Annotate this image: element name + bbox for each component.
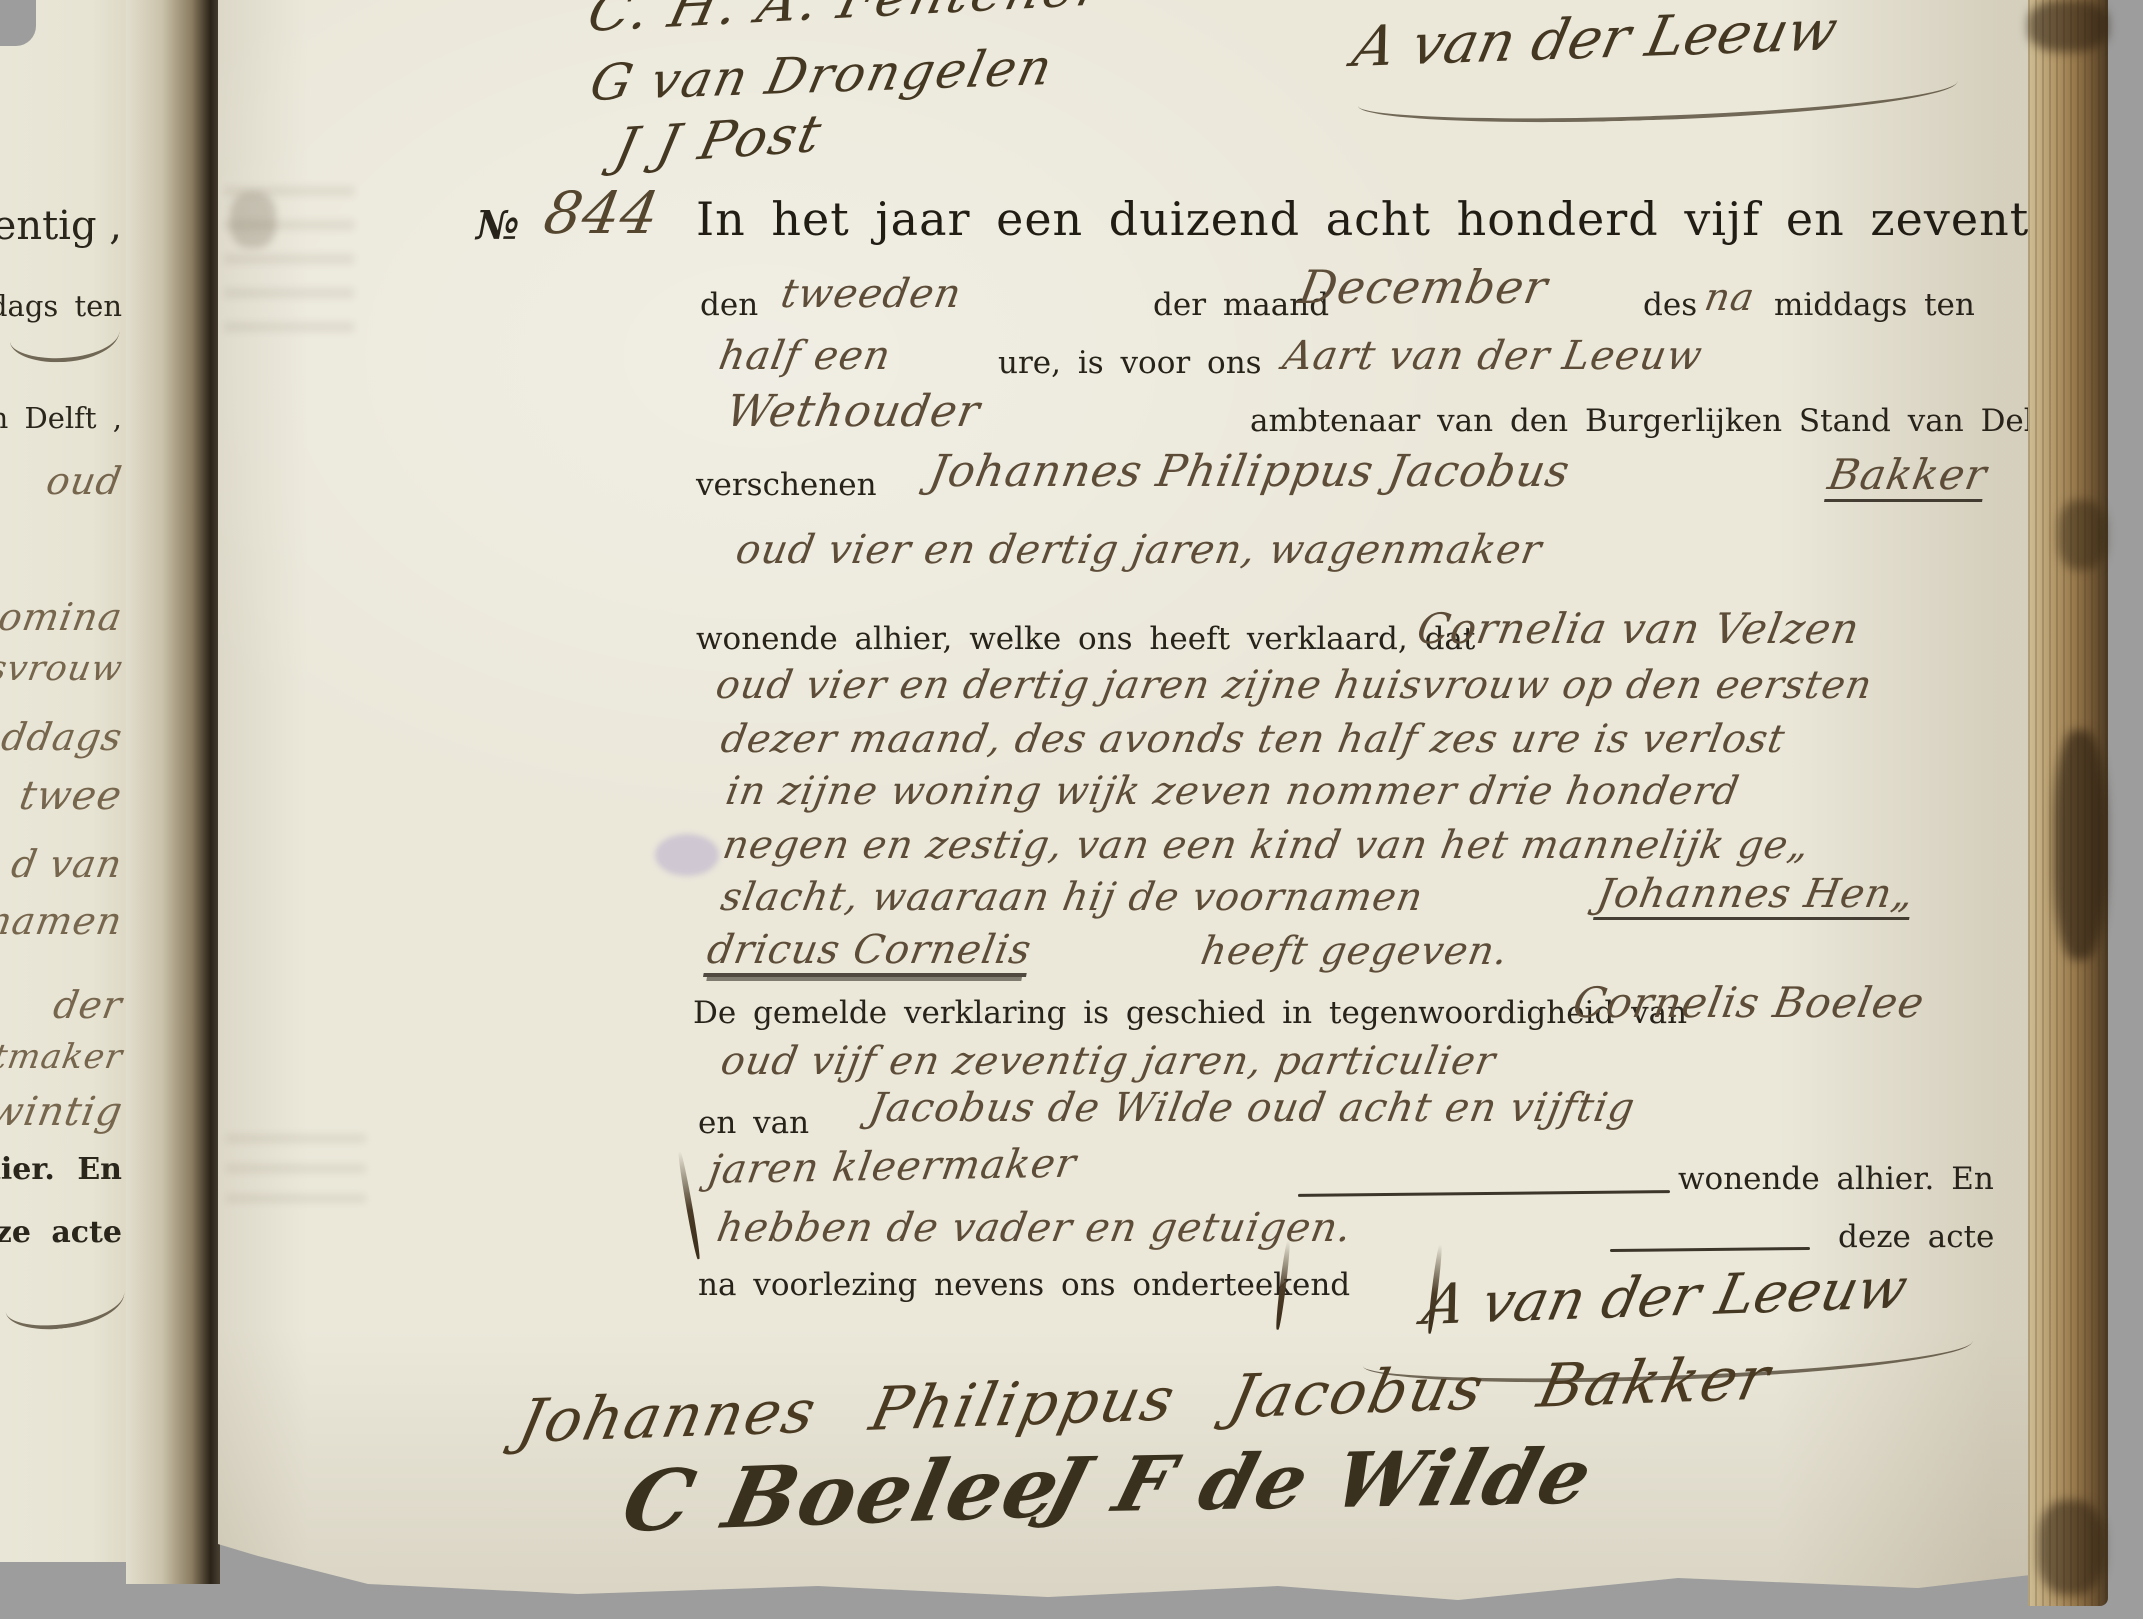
left-fragment: ddags — [0, 718, 125, 756]
ink-showthrough — [226, 1134, 366, 1220]
edge-stain — [2038, 1500, 2104, 1595]
left-fragment: twee — [17, 776, 126, 816]
handwritten-day: tweeden — [778, 274, 965, 314]
book-binding-gutter — [126, 0, 220, 1584]
printed-wonende-alhier-en: wonende alhier. En — [1678, 1164, 1994, 1195]
handwritten-body-5: slacht, waaraan hij de voornamen — [718, 878, 1426, 917]
left-fragment: an Delft , — [0, 404, 122, 433]
signature-official-bottom: A van der Leeuw — [1418, 1261, 1912, 1334]
pen-stroke — [676, 1150, 701, 1259]
printed-na-voorlezing: na voorlezing nevens ons onderteekend — [698, 1270, 1350, 1301]
handwritten-body-1: oud vier en dertig jaren zijne huisvrouw… — [713, 666, 1875, 705]
filler-rule — [1610, 1247, 1810, 1252]
signature-witness2: J F de Wilde — [1040, 1439, 1601, 1524]
scanned-birth-register: entig , ddags ten an Delft , oud omina h… — [0, 0, 2143, 1619]
printed-gemelde-verklaring: De gemelde verklaring is geschied in teg… — [693, 998, 1687, 1029]
handwritten-child-name-2: dricus Cornelis — [703, 930, 1035, 977]
left-fragment: twintig — [0, 1092, 126, 1132]
printed-middags-ten: middags ten — [1774, 290, 1975, 321]
act-number: 844 — [540, 184, 664, 242]
ink-flourish — [5, 1290, 128, 1334]
printed-verschenen: verschenen — [696, 470, 877, 501]
handwritten-witness2-name: Jacobus de Wilde oud acht en vijftig — [866, 1088, 1638, 1128]
handwritten-body-3: in zijne woning wijk zeven nommer drie h… — [723, 772, 1742, 811]
left-fragment: hier. En — [0, 1155, 122, 1185]
signature-flourish — [1358, 80, 1959, 129]
act-number-symbol: № — [476, 206, 519, 246]
handwritten-wethouder: Wethouder — [723, 390, 984, 434]
signature-previous-3: J J Post — [610, 108, 827, 174]
filler-rule — [1298, 1190, 1670, 1197]
left-fragment: ddags ten — [0, 292, 122, 321]
handwritten-hebben-vader-getuigen: hebben de vader en getuigen. — [714, 1208, 1355, 1248]
printed-line-year: In het jaar een duizend acht honderd vij… — [696, 196, 2091, 242]
handwritten-declarant-surname: Bakker — [1824, 454, 1990, 502]
previous-page-edge: entig , ddags ten an Delft , oud omina h… — [0, 0, 130, 1562]
handwritten-body-4: negen en zestig, van een kind van het ma… — [720, 826, 1813, 865]
printed-deze-acte: deze acte — [1838, 1222, 1994, 1253]
handwritten-hour: half een — [716, 336, 894, 376]
handwritten-body-2: dezer maand, des avonds ten half zes ure… — [718, 720, 1788, 759]
ink-showthrough — [230, 192, 276, 248]
left-fragment: huisvrouw — [0, 652, 125, 687]
handwritten-witness1-name: Cornelis Boelee — [1570, 982, 1928, 1024]
handwritten-witness2-occupation: jaren kleermaker — [706, 1144, 1079, 1190]
edge-stain — [2054, 730, 2106, 960]
left-fragment: deze acte — [0, 1218, 122, 1248]
signature-official-top: A van der Leeuw — [1348, 3, 1842, 76]
printed-en-van: en van — [698, 1108, 809, 1139]
book-fore-edge — [2028, 0, 2108, 1606]
printed-wonende-alhier: wonende alhier, welke ons heeft verklaar… — [696, 624, 1475, 655]
printed-den: den — [700, 290, 758, 321]
act-page: C. H. A. Fentener G van Drongelen J J Po… — [218, 0, 2030, 1619]
signature-previous-1: C. H. A. Fentener — [583, 0, 1113, 40]
handwritten-mother-name: Cornelia van Velzen — [1414, 608, 1863, 650]
scan-corner — [0, 0, 36, 46]
signature-previous-2: G van Drongelen — [586, 42, 1058, 108]
left-fragment: namen — [0, 902, 125, 940]
printed-des: des — [1643, 290, 1697, 321]
edge-stain — [2058, 500, 2106, 570]
handwritten-official-name: Aart van der Leeuw — [1280, 336, 1706, 376]
left-fragment: entig , — [0, 206, 122, 246]
left-fragment: der — [51, 986, 126, 1024]
handwritten-declarant-name: Johannes Philippus Jacobus — [926, 450, 1573, 494]
left-fragment: omina — [0, 598, 125, 636]
handwritten-age-occupation: oud vier en dertig jaren, wagenmaker — [733, 530, 1545, 570]
handwritten-heeft-gegeven: heeft gegeven. — [1198, 932, 1511, 971]
handwritten-child-name-1: Johannes Hen„ — [1593, 874, 1917, 920]
left-fragment: mentmaker — [0, 1040, 125, 1074]
handwritten-na: na — [1702, 278, 1758, 316]
printed-ambtenaar: ambtenaar van den Burgerlijken Stand van… — [1250, 406, 2067, 437]
signature-witness1: C Boelee — [616, 1445, 1069, 1544]
handwritten-witness1-age: oud vijf en zeventig jaren, particulier — [718, 1042, 1499, 1081]
printed-ure-voor-ons: ure, is voor ons — [998, 348, 1262, 379]
ink-flourish — [10, 328, 121, 363]
left-fragment: oud — [44, 462, 125, 500]
left-fragment: d van — [9, 845, 126, 883]
handwritten-month: December — [1296, 264, 1551, 310]
stamp-smudge — [655, 834, 719, 876]
edge-stain — [2028, 0, 2108, 52]
